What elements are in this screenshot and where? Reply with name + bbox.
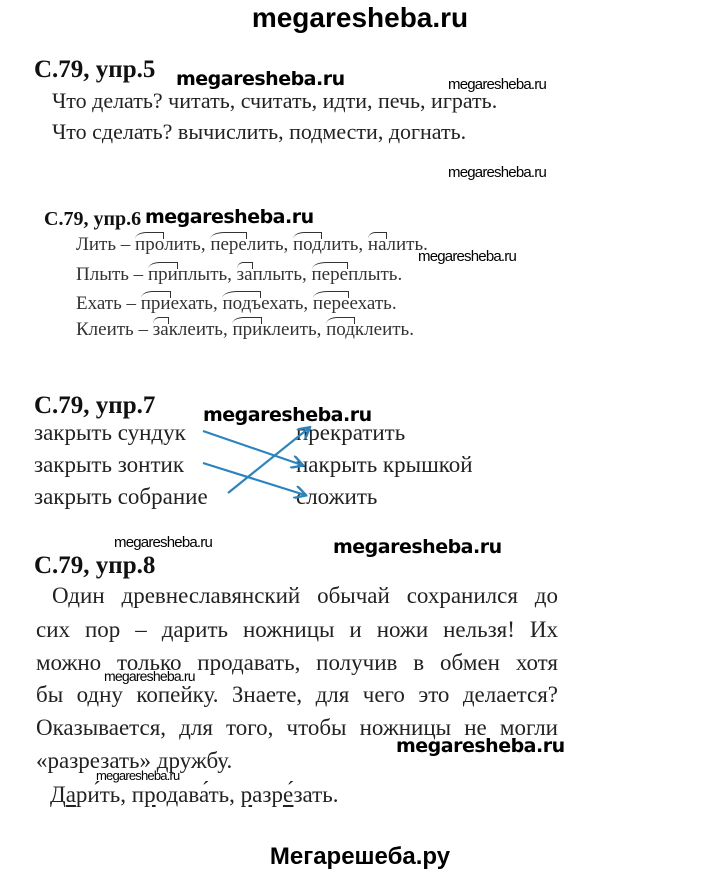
ex6-derived-verb: переехать bbox=[313, 293, 392, 314]
prefix-mark: при bbox=[141, 293, 171, 315]
prefix-mark: пере bbox=[210, 234, 247, 256]
prefix-mark: под bbox=[326, 319, 355, 341]
ex7-left-item: закрыть сундук bbox=[34, 420, 186, 446]
ex6-derived-verb: налить bbox=[368, 234, 423, 255]
ex7-right-item: прекратить bbox=[296, 420, 405, 446]
ex8-line: Один древнеславянский обычай сохранился … bbox=[36, 583, 558, 609]
ex8-heading: С.79, упр.8 bbox=[34, 552, 155, 580]
ex6-row: Клеить – заклеить, приклеить, подклеить. bbox=[76, 319, 414, 341]
watermark: megaresheba.ru bbox=[96, 768, 179, 783]
ex6-derived-verb: приехать bbox=[141, 293, 213, 314]
watermark: megaresheba.ru bbox=[333, 536, 502, 558]
prefix-mark: пере bbox=[312, 264, 349, 286]
ex6-derived-verb: подклеить bbox=[326, 319, 409, 340]
ex6-base-verb: Плыть – bbox=[76, 264, 148, 285]
ex8-stressed-words: Дари́ть, продава́ть, разре́зать. bbox=[50, 782, 338, 808]
ex7-heading: С.79, упр.7 bbox=[34, 392, 155, 420]
ex6-derived-verb: переплыть bbox=[312, 264, 398, 285]
prefix-mark: пере bbox=[313, 293, 350, 315]
ex6-derived-verb: заплыть bbox=[237, 264, 302, 285]
ex6-base-verb: Лить – bbox=[76, 234, 135, 255]
ex7-left-item: закрыть собрание bbox=[34, 484, 208, 510]
ex6-derived-verb: приклеить bbox=[232, 319, 316, 340]
prefix-mark: за bbox=[237, 264, 253, 286]
ex6-derived-verb: заклеить bbox=[153, 319, 223, 340]
watermark: megaresheba.ru bbox=[396, 735, 565, 757]
ex6-heading: С.79, упр.6 bbox=[44, 208, 141, 231]
ex6-derived-verb: приплыть bbox=[148, 264, 227, 285]
ex5-line: Что сделать? вычислить, подмести, догнат… bbox=[52, 119, 466, 145]
prefix-mark: под bbox=[293, 234, 322, 256]
watermark: megaresheba.ru bbox=[448, 164, 546, 181]
watermark: megaresheba.ru bbox=[418, 248, 516, 265]
ex7-right-item: сложить bbox=[296, 484, 377, 510]
ex8-line: сих пор – дарить ножницы и ножи нельзя! … bbox=[36, 617, 558, 643]
watermark: megaresheba.ru bbox=[114, 534, 212, 551]
ex8-line: бы одну копейку. Знаете, для чего это де… bbox=[36, 682, 558, 708]
ex6-row: Плыть – приплыть, заплыть, переплыть. bbox=[76, 264, 402, 286]
ex6-derived-verb: подлить bbox=[293, 234, 358, 255]
ex7-left-item: закрыть зонтик bbox=[34, 452, 184, 478]
watermark: megaresheba.ru bbox=[176, 68, 345, 90]
ex5-line: Что делать? читать, считать, идти, печь,… bbox=[52, 88, 497, 114]
watermark: megaresheba.ru bbox=[145, 206, 314, 228]
match-arrow bbox=[203, 431, 302, 465]
ex6-base-verb: Клеить – bbox=[76, 319, 153, 340]
ex5-heading: С.79, упр.5 bbox=[34, 56, 155, 84]
ex6-row: Лить – пролить, перелить, подлить, налит… bbox=[76, 234, 428, 256]
prefix-mark: при bbox=[232, 319, 262, 341]
ex6-derived-verb: пролить bbox=[135, 234, 201, 255]
prefix-mark: про bbox=[135, 234, 164, 256]
ex6-derived-verb: подъехать bbox=[222, 293, 303, 314]
site-watermark-top: megaresheba.ru bbox=[0, 2, 720, 34]
prefix-mark: на bbox=[368, 234, 387, 256]
ex6-base-verb: Ехать – bbox=[76, 293, 141, 314]
prefix-mark: за bbox=[153, 319, 169, 341]
match-arrow bbox=[203, 463, 305, 495]
ex6-row: Ехать – приехать, подъехать, переехать. bbox=[76, 293, 397, 315]
site-footer: Мегарешеба.ру bbox=[0, 843, 720, 871]
ex7-right-item: накрыть крышкой bbox=[296, 452, 473, 478]
ex6-derived-verb: перелить bbox=[210, 234, 283, 255]
prefix-mark: подъ bbox=[222, 293, 261, 315]
prefix-mark: при bbox=[148, 264, 178, 286]
